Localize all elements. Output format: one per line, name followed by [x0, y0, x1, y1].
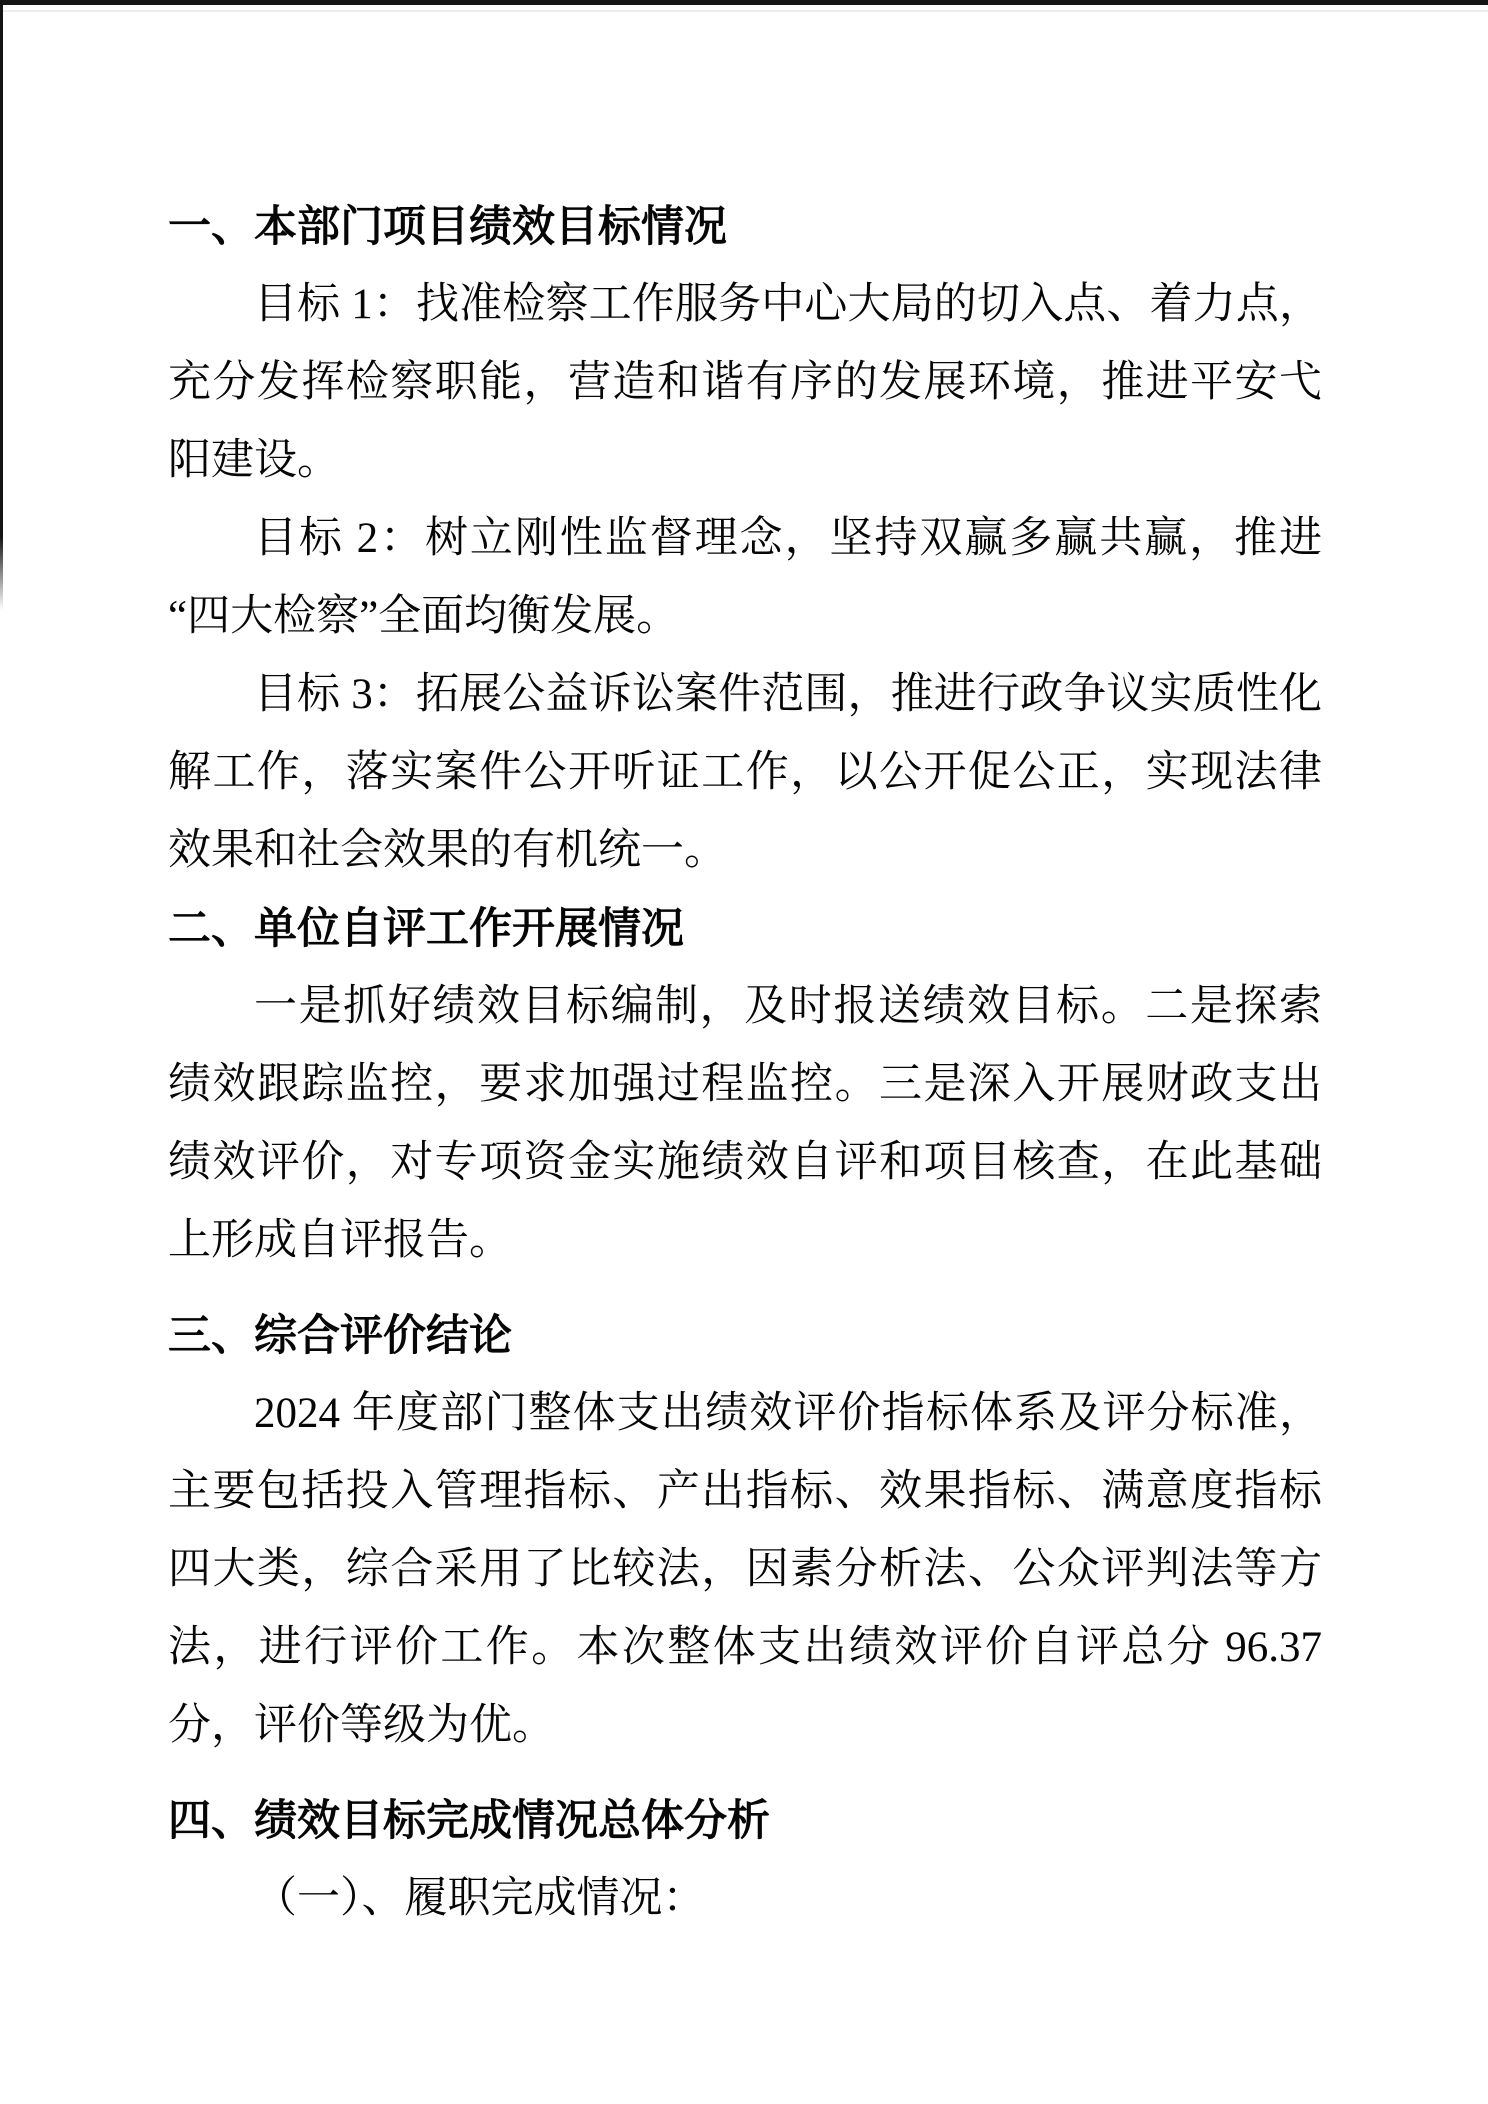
body-paragraph: 2024 年度部门整体支出绩效评价指标体系及评分标准，主要包括投入管理指标、产出…	[168, 1375, 1322, 1765]
body-paragraph: 一是抓好绩效目标编制，及时报送绩效目标。二是探索绩效跟踪监控，要求加强过程监控。…	[168, 968, 1322, 1280]
scan-edge-top-shadow	[0, 10, 1488, 12]
section-heading: 二、单位自评工作开展情况	[168, 890, 1322, 968]
body-paragraph: 目标 1：找准检察工作服务中心大局的切入点、着力点，充分发挥检察职能，营造和谐有…	[168, 266, 1322, 500]
body-paragraph: 目标 2：树立刚性监督理念，坚持双赢多赢共赢，推进“四大检察”全面均衡发展。	[168, 500, 1322, 656]
document-page: 一、本部门项目绩效目标情况目标 1：找准检察工作服务中心大局的切入点、着力点，充…	[0, 0, 1488, 2104]
body-paragraph: 目标 3：拓展公益诉讼案件范围，推进行政争议实质性化解工作，落实案件公开听证工作…	[168, 656, 1322, 890]
scan-edge-left	[0, 0, 3, 610]
document-body: 一、本部门项目绩效目标情况目标 1：找准检察工作服务中心大局的切入点、着力点，充…	[168, 188, 1322, 1938]
scan-edge-top	[0, 0, 1488, 5]
body-paragraph: （一）、履职完成情况：	[168, 1860, 1322, 1938]
section-heading: 三、综合评价结论	[168, 1297, 1322, 1375]
section-heading: 四、绩效目标完成情况总体分析	[168, 1782, 1322, 1860]
section-heading: 一、本部门项目绩效目标情况	[168, 188, 1322, 266]
